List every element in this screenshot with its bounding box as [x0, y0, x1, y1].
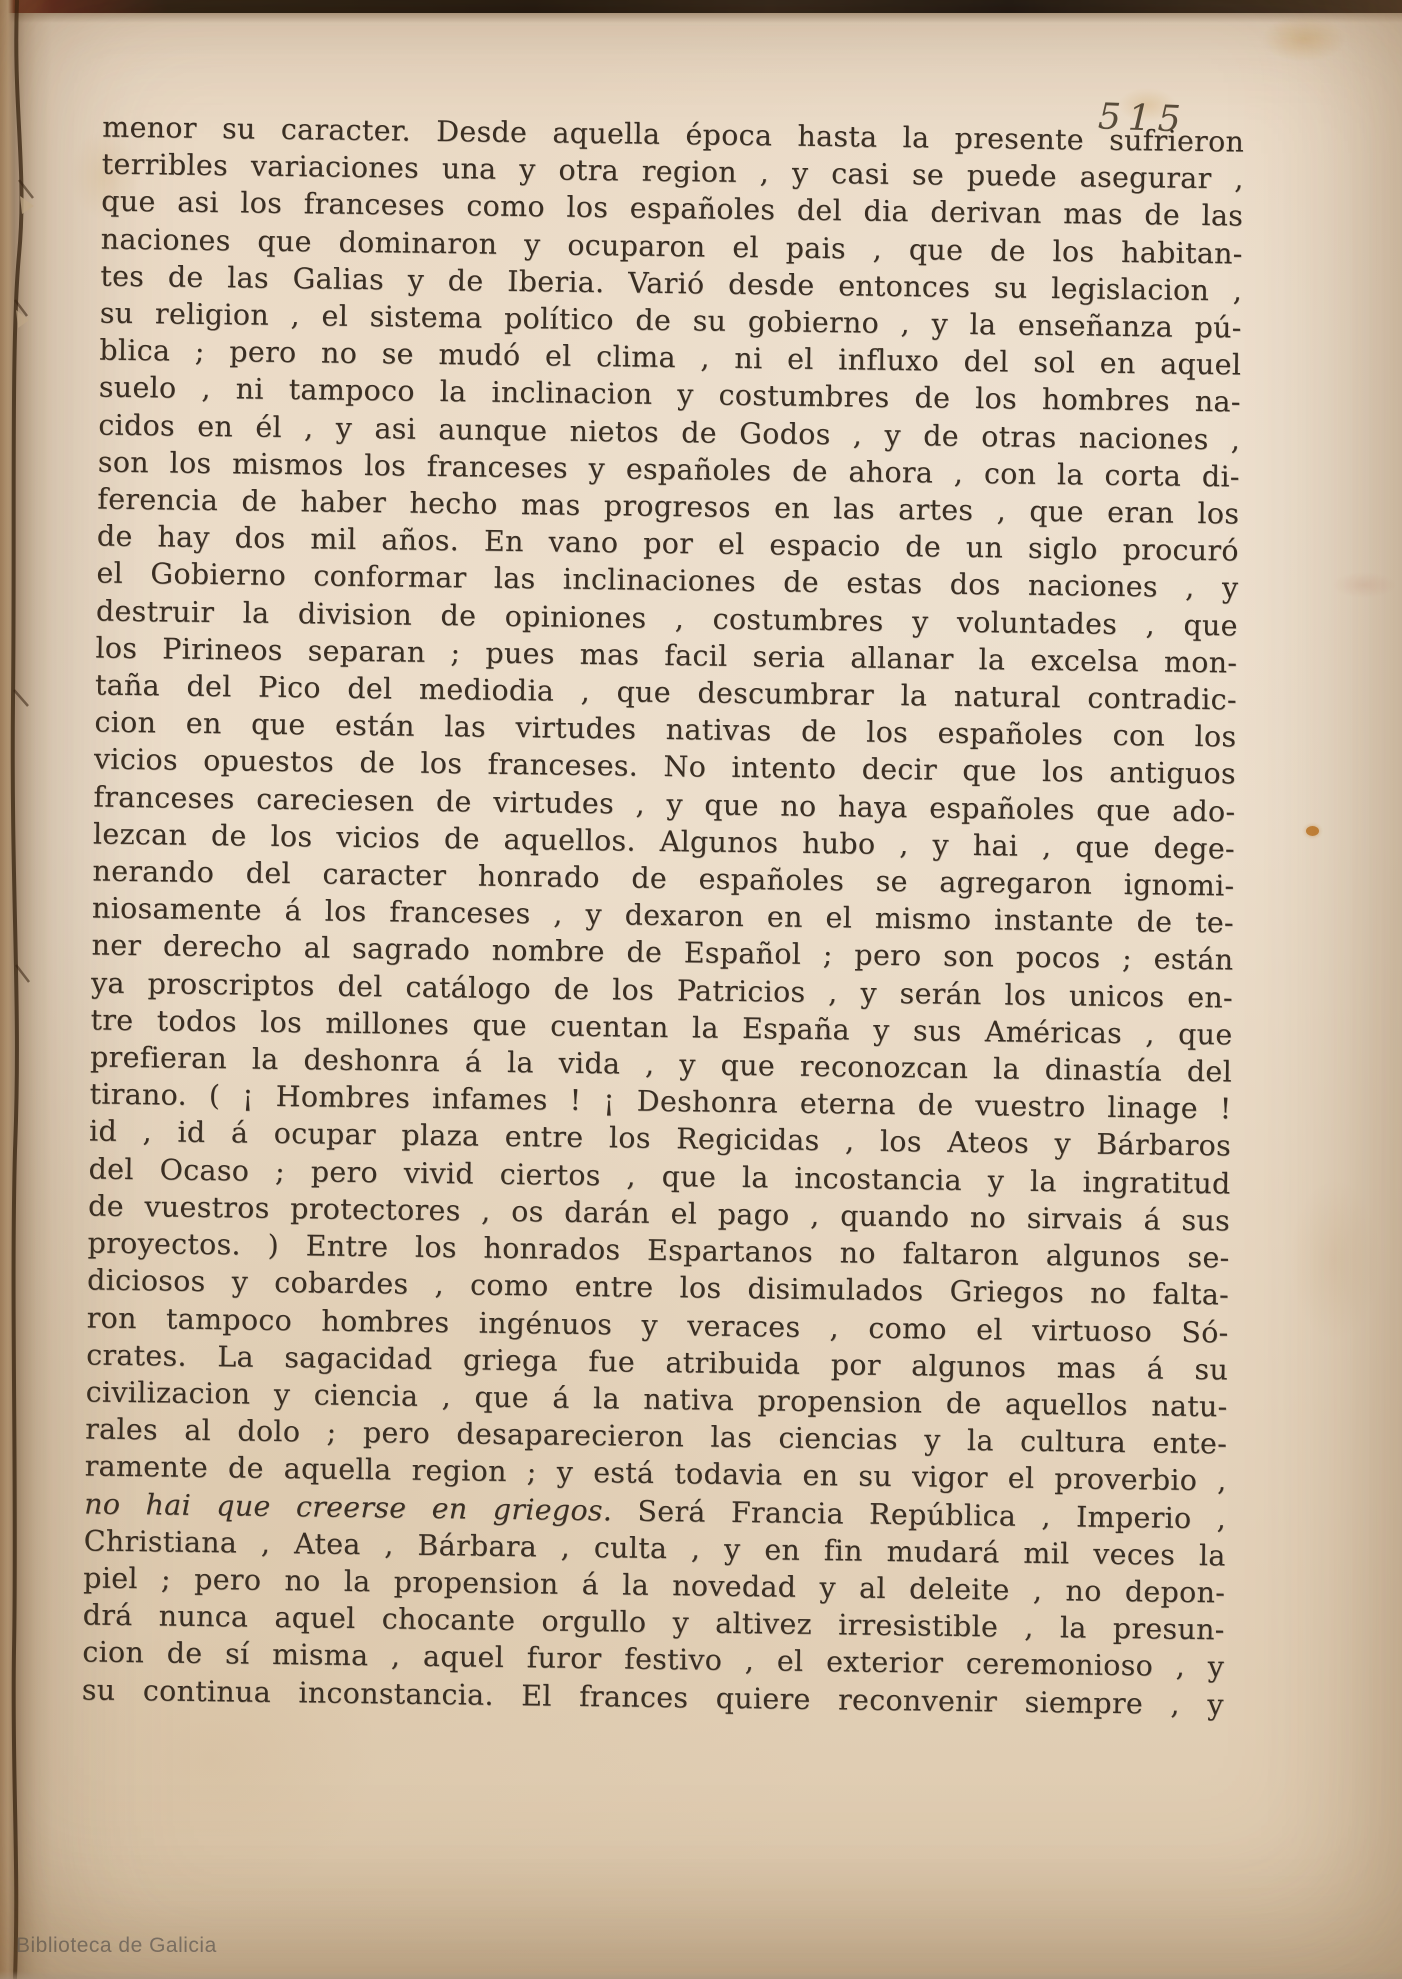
page-text: menor su caracter. Desde aquella época h…: [82, 109, 1245, 1724]
scan-bottom-edge: [0, 1971, 1402, 1979]
binding-crack: [0, 0, 60, 1979]
text-segment: Será Francia República , Imperio ,: [612, 1494, 1226, 1535]
book-edge-top: [0, 0, 1402, 13]
book-edge-top-shadow: [0, 13, 1402, 23]
text-segment: no hai que creerse en griegos.: [84, 1487, 612, 1527]
watermark-label: Biblioteca de Galicia: [16, 1934, 217, 1958]
book-page-photo: 515 menor su caracter. Desde aquella épo…: [0, 0, 1402, 1979]
